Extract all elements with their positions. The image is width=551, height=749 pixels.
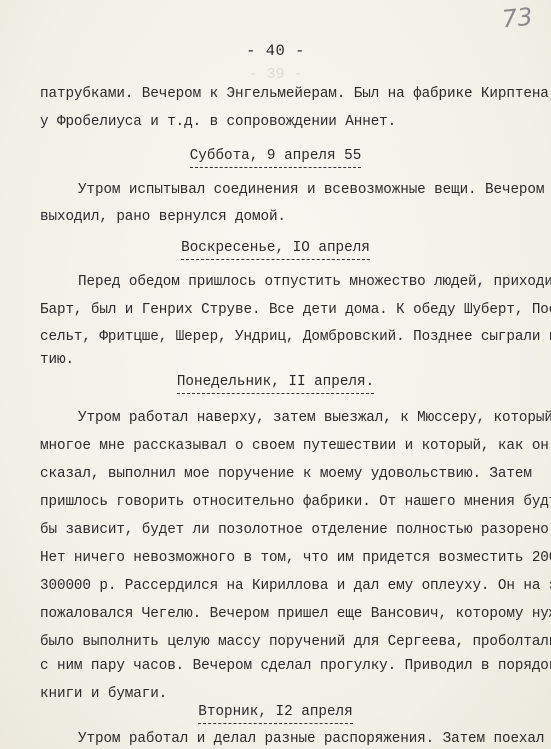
heading-text: Воскресенье, IO апреля (181, 240, 370, 260)
text-line: Барт, был и Генрих Струве. Все дети дома… (40, 302, 551, 318)
text-line: Утром работал наверху, затем выезжал, к … (78, 410, 551, 426)
heading-text: Вторник, I2 апреля (198, 704, 352, 724)
text-line: 300000 р. Рассердился на Кириллова и дал… (40, 578, 551, 594)
text-line: сельт, Фритцше, Шерер, Ундриц, Домбровск… (40, 329, 551, 345)
text-line: у Фробелиуса и т.д. в сопровождении Анне… (40, 114, 396, 130)
text-line: патрубками. Вечером к Энгельмейерам. Был… (40, 86, 551, 102)
text-line: выходил, рано вернулся домой. (40, 209, 286, 225)
bleed-through-page-number: - 39 - (0, 66, 551, 83)
page-number: - 40 - (0, 42, 551, 60)
text-line: бы зависит, будет ли позолотное отделени… (40, 522, 551, 538)
text-line: тию. (40, 352, 74, 368)
text-line: Утром работал и делал разные распоряжени… (78, 731, 551, 747)
text-line: пришлось говорить относительно фабрики. … (40, 494, 551, 510)
text-line: сказал, выполнил мое поручение к моему у… (40, 466, 532, 482)
typewritten-page: 73 - 40 - - 39 - патрубками. Вечером к Э… (0, 0, 551, 749)
heading-text: Понедельник, II апреля. (177, 374, 374, 394)
entry-heading-saturday: Суббота, 9 апреля 55 (0, 148, 551, 168)
text-line: книги и бумаги. (40, 686, 167, 702)
entry-heading-monday: Понедельник, II апреля. (0, 374, 551, 394)
text-line: Утром испытывал соединения и всевозможны… (78, 182, 544, 198)
handwritten-folio-number: 73 (501, 2, 534, 33)
entry-heading-sunday: Воскресенье, IO апреля (0, 240, 551, 260)
text-line: Нет ничего невозможного в том, что им пр… (40, 550, 551, 566)
text-line: пожаловался Чегелю. Вечером пришел еще В… (40, 606, 551, 622)
text-line: Перед обедом пришлось отпустить множеств… (78, 274, 551, 290)
text-line: многое мне рассказывал о своем путешеств… (40, 438, 549, 454)
text-line: с ним пару часов. Вечером сделал прогулк… (40, 658, 551, 674)
heading-text: Суббота, 9 апреля 55 (190, 148, 362, 168)
entry-heading-tuesday: Вторник, I2 апреля (0, 704, 551, 724)
text-line: было выполнить целую массу поручений для… (40, 634, 551, 650)
